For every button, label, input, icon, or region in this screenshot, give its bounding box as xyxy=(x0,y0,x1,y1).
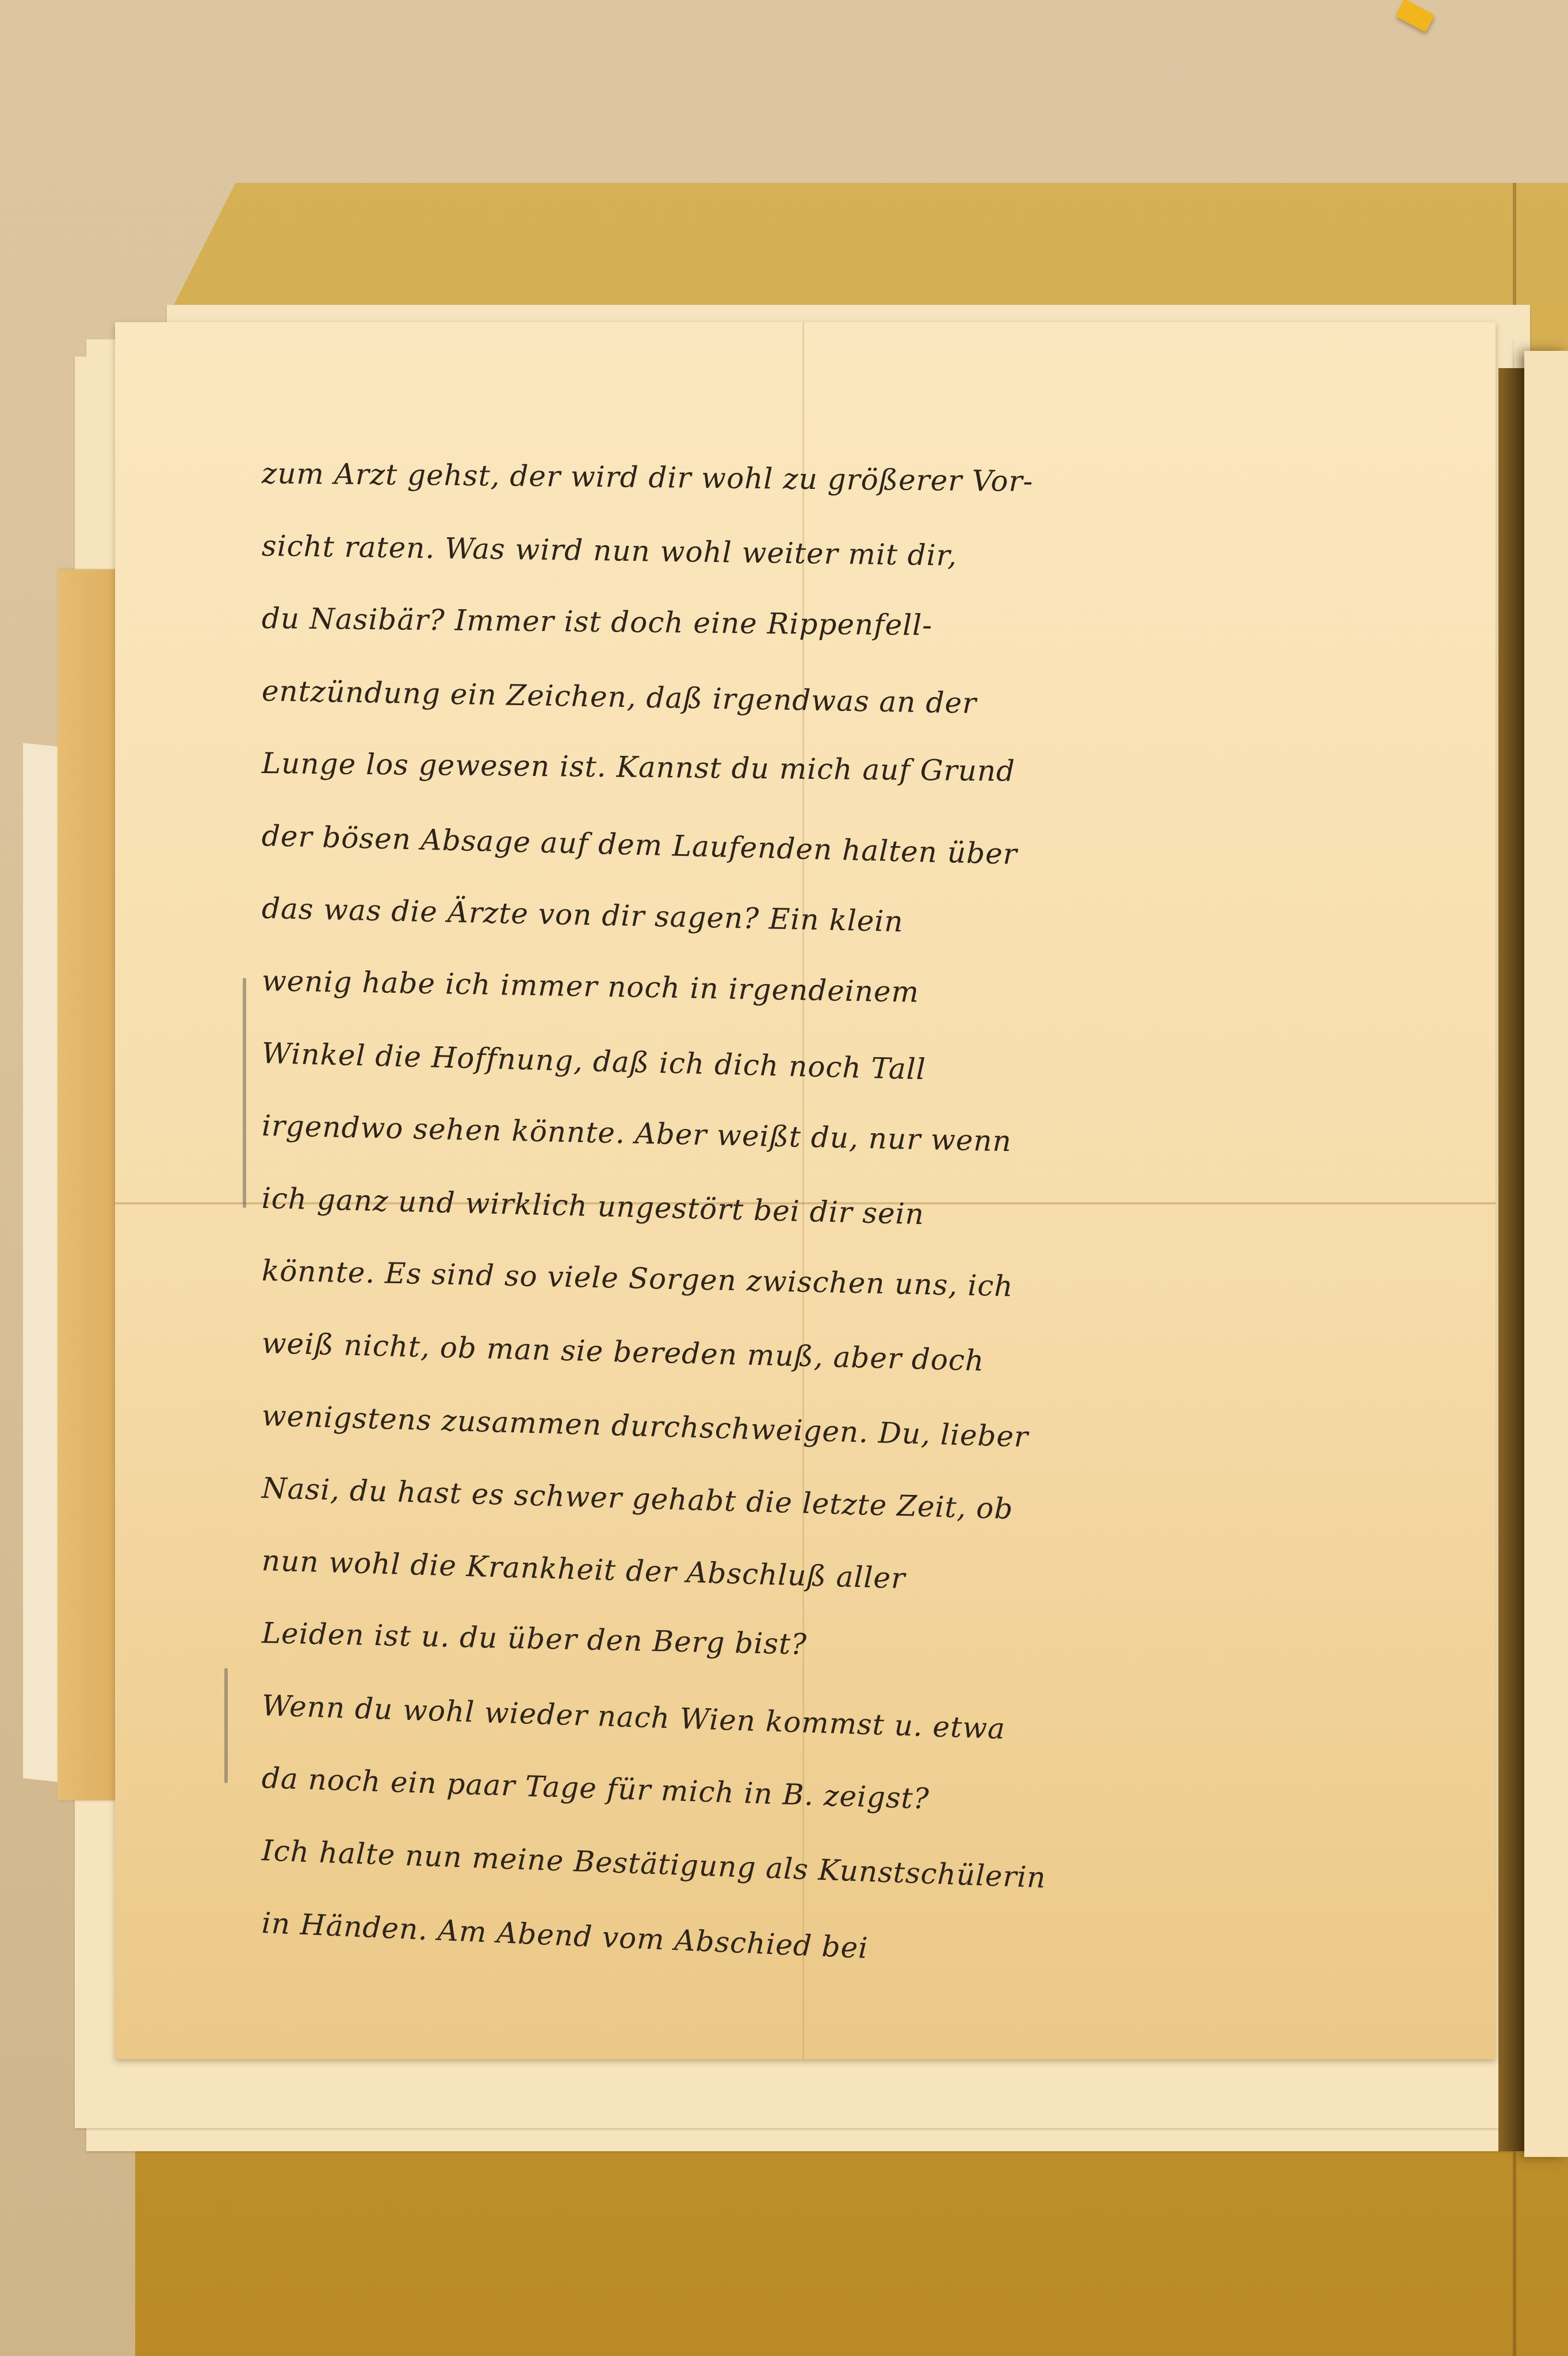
text-line: du Nasibär? Immer ist doch eine Rippenfe… xyxy=(261,582,1487,667)
gutter-shadow xyxy=(1498,368,1524,2151)
pencil-margin-mark xyxy=(224,1668,228,1783)
pencil-margin-mark xyxy=(243,978,246,1208)
letter-page: zum Arzt gehst, der wird dir wohl zu grö… xyxy=(115,322,1496,2059)
text-line: zum Arzt gehst, der wird dir wohl zu grö… xyxy=(261,437,1487,522)
tan-paper-strip xyxy=(58,569,121,1800)
adjacent-pages xyxy=(1524,351,1568,2157)
text-line: Lunge los gewesen ist. Kannst du mich au… xyxy=(261,727,1487,812)
handwritten-text: zum Arzt gehst, der wird dir wohl zu grö… xyxy=(262,437,1487,1959)
